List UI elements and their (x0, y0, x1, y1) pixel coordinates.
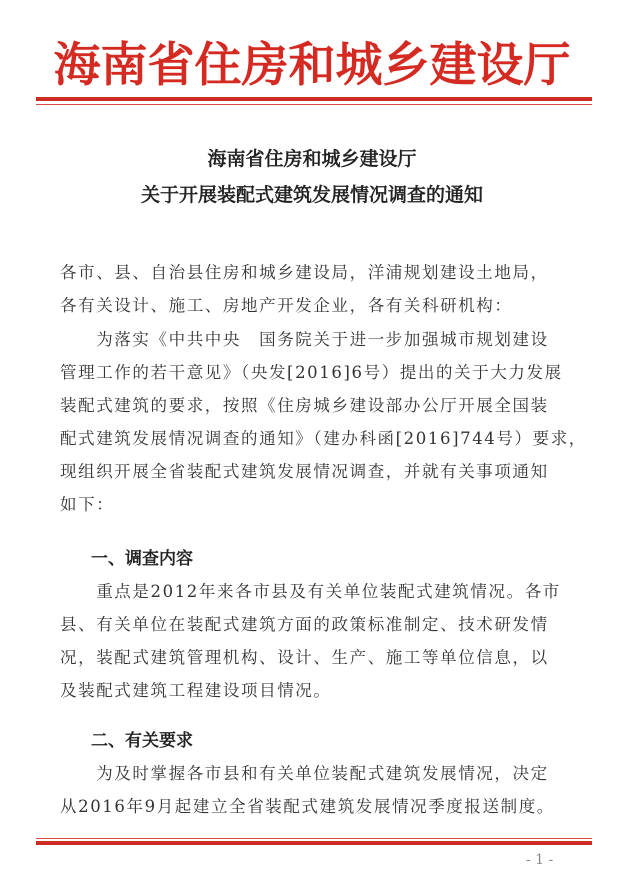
intro-line: 装配式建筑的要求，按照《住房城乡建设部办公厅开展全国装 (60, 389, 568, 422)
intro-line: 管理工作的若干意见》（央发[2016]6号）提出的关于大力发展 (60, 356, 568, 389)
page-number: - 1 - (526, 852, 553, 868)
intro-line: 如下： (60, 488, 568, 521)
intro-line: 为落实《中共中央 国务院关于进一步加强城市规划建设 (60, 323, 568, 356)
addressee: 各市、县、自治县住房和城乡建设局，洋浦规划建设土地局， 各有关设计、施工、房地产… (60, 256, 568, 322)
section2-paragraph: 为及时掌握各市县和有关单位装配式建筑发展情况，决定 从2016年9月起建立全省装… (60, 757, 568, 823)
section1-paragraph: 重点是2012年来各市县及有关单位装配式建筑情况。各市 县、有关单位在装配式建筑… (60, 575, 568, 707)
section-heading-survey-content: 一、调查内容 (91, 544, 193, 569)
section1-line: 重点是2012年来各市县及有关单位装配式建筑情况。各市 (60, 575, 568, 608)
masthead-title: 海南省住房和城乡建设厅 (0, 38, 624, 94)
addressee-line: 各市、县、自治县住房和城乡建设局，洋浦规划建设土地局， (60, 256, 568, 289)
masthead-rule-thick (36, 97, 592, 101)
section1-line: 县、有关单位在装配式建筑方面的政策标准制定、技术研发情 (60, 608, 568, 641)
document-title-line2: 关于开展装配式建筑发展情况调查的通知 (0, 183, 624, 207)
section-heading-requirements: 二、有关要求 (91, 726, 193, 751)
footer-rule-thin (36, 838, 592, 839)
section2-line: 从2016年9月起建立全省装配式建筑发展情况季度报送制度。 (60, 790, 568, 823)
section1-line: 及装配式建筑工程建设项目情况。 (60, 674, 568, 707)
section2-line: 为及时掌握各市县和有关单位装配式建筑发展情况，决定 (60, 757, 568, 790)
intro-line: 配式建筑发展情况调查的通知》（建办科函[2016]744号）要求， (60, 422, 568, 455)
footer-rule-thick (36, 841, 592, 845)
addressee-line: 各有关设计、施工、房地产开发企业，各有关科研机构： (60, 289, 568, 322)
intro-line: 现组织开展全省装配式建筑发展情况调查，并就有关事项通知 (60, 455, 568, 488)
masthead-rule-thin (36, 104, 592, 105)
section1-line: 况，装配式建筑管理机构、设计、生产、施工等单位信息，以 (60, 641, 568, 674)
document-title-line1: 海南省住房和城乡建设厅 (0, 147, 624, 171)
intro-paragraph: 为落实《中共中央 国务院关于进一步加强城市规划建设 管理工作的若干意见》（央发[… (60, 323, 568, 521)
